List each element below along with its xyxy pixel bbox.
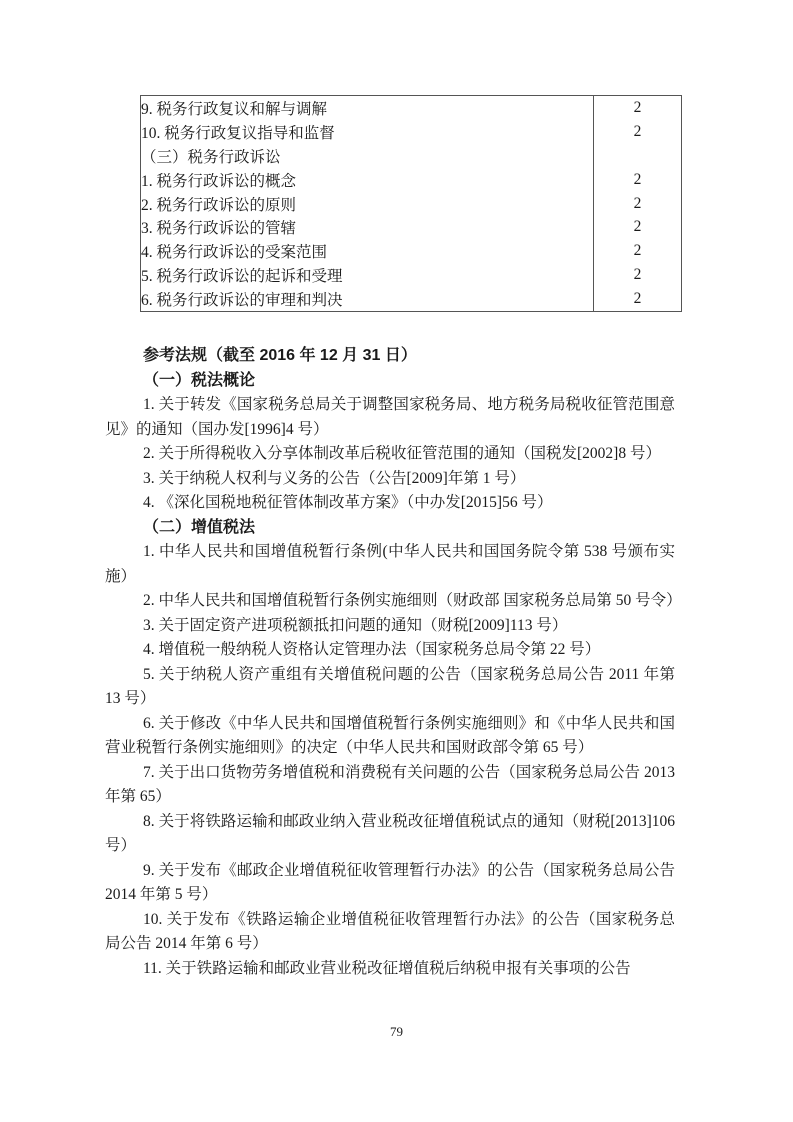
topic-cell: 10. 税务行政复议指导和监督 bbox=[141, 120, 594, 144]
table-row: 1. 税务行政诉讼的概念 2 bbox=[141, 168, 682, 192]
topic-cell: 3. 税务行政诉讼的管辖 bbox=[141, 215, 594, 239]
syllabus-table-body: 9. 税务行政复议和解与调解 2 10. 税务行政复议指导和监督 2 （三）税务… bbox=[141, 96, 682, 312]
hours-cell: 2 bbox=[594, 120, 682, 144]
topic-cell: 2. 税务行政诉讼的原则 bbox=[141, 192, 594, 216]
table-row: 5. 税务行政诉讼的起诉和受理 2 bbox=[141, 263, 682, 287]
table-row: 2. 税务行政诉讼的原则 2 bbox=[141, 192, 682, 216]
regulation-item: 9. 关于发布《邮政企业增值税征收管理暂行办法》的公告（国家税务总局公告 201… bbox=[105, 859, 675, 908]
table-row: 3. 税务行政诉讼的管辖 2 bbox=[141, 215, 682, 239]
hours-cell: 2 bbox=[594, 192, 682, 216]
topic-cell: 5. 税务行政诉讼的起诉和受理 bbox=[141, 263, 594, 287]
document-page: 9. 税务行政复议和解与调解 2 10. 税务行政复议指导和监督 2 （三）税务… bbox=[0, 0, 793, 1122]
table-row: 4. 税务行政诉讼的受案范围 2 bbox=[141, 239, 682, 263]
topic-cell: 1. 税务行政诉讼的概念 bbox=[141, 168, 594, 192]
hours-cell: 2 bbox=[594, 96, 682, 120]
regulation-item: 6. 关于修改《中华人民共和国增值税暂行条例实施细则》和《中华人民共和国营业税暂… bbox=[105, 712, 675, 761]
regulation-item: 1. 中华人民共和国增值税暂行条例(中华人民共和国国务院令第 538 号颁布实施… bbox=[105, 540, 675, 589]
regulation-item: 3. 关于固定资产进项税额抵扣问题的通知（财税[2009]113 号） bbox=[105, 614, 675, 639]
topic-cell: 9. 税务行政复议和解与调解 bbox=[141, 96, 594, 120]
regulation-item: 1. 关于转发《国家税务总局关于调整国家税务局、地方税务局税收征管范围意见》的通… bbox=[105, 393, 675, 442]
section-heading-vat-law: （二）增值税法 bbox=[105, 516, 675, 541]
section-1-items: 1. 关于转发《国家税务总局关于调整国家税务局、地方税务局税收征管范围意见》的通… bbox=[105, 393, 675, 516]
regulation-item: 7. 关于出口货物劳务增值税和消费税有关问题的公告（国家税务总局公告 2013 … bbox=[105, 761, 675, 810]
hours-cell: 2 bbox=[594, 215, 682, 239]
regulation-item: 3. 关于纳税人权利与义务的公告（公告[2009]年第 1 号） bbox=[105, 467, 675, 492]
syllabus-table: 9. 税务行政复议和解与调解 2 10. 税务行政复议指导和监督 2 （三）税务… bbox=[140, 95, 682, 312]
hours-cell: 2 bbox=[594, 287, 682, 311]
reference-title: 参考法规（截至 2016 年 12 月 31 日） bbox=[105, 344, 675, 369]
regulation-item: 11. 关于铁路运输和邮政业营业税改征增值税后纳税申报有关事项的公告 bbox=[105, 957, 675, 982]
hours-cell: 2 bbox=[594, 263, 682, 287]
regulation-item: 8. 关于将铁路运输和邮政业纳入营业税改征增值税试点的通知（财税[2013]10… bbox=[105, 810, 675, 859]
hours-cell bbox=[594, 144, 682, 168]
page-number: 79 bbox=[0, 1024, 793, 1040]
topic-cell: （三）税务行政诉讼 bbox=[141, 144, 594, 168]
table-row: 6. 税务行政诉讼的审理和判决 2 bbox=[141, 287, 682, 311]
topic-cell: 4. 税务行政诉讼的受案范围 bbox=[141, 239, 594, 263]
hours-cell: 2 bbox=[594, 168, 682, 192]
table-row: （三）税务行政诉讼 bbox=[141, 144, 682, 168]
regulation-item: 2. 中华人民共和国增值税暂行条例实施细则（财政部 国家税务总局第 50 号令） bbox=[105, 589, 675, 614]
regulation-item: 10. 关于发布《铁路运输企业增值税征收管理暂行办法》的公告（国家税务总局公告 … bbox=[105, 908, 675, 957]
hours-cell: 2 bbox=[594, 239, 682, 263]
page-content: 9. 税务行政复议和解与调解 2 10. 税务行政复议指导和监督 2 （三）税务… bbox=[105, 95, 675, 981]
table-row: 9. 税务行政复议和解与调解 2 bbox=[141, 96, 682, 120]
regulation-item: 5. 关于纳税人资产重组有关增值税问题的公告（国家税务总局公告 2011 年第 … bbox=[105, 663, 675, 712]
topic-cell: 6. 税务行政诉讼的审理和判决 bbox=[141, 287, 594, 311]
section-2-items: 1. 中华人民共和国增值税暂行条例(中华人民共和国国务院令第 538 号颁布实施… bbox=[105, 540, 675, 981]
table-row: 10. 税务行政复议指导和监督 2 bbox=[141, 120, 682, 144]
section-heading-tax-law-intro: （一）税法概论 bbox=[105, 369, 675, 394]
regulation-item: 2. 关于所得税收入分享体制改革后税收征管范围的通知（国税发[2002]8 号） bbox=[105, 442, 675, 467]
regulation-item: 4. 增值税一般纳税人资格认定管理办法（国家税务总局令第 22 号） bbox=[105, 638, 675, 663]
regulation-item: 4. 《深化国税地税征管体制改革方案》（中办发[2015]56 号） bbox=[105, 491, 675, 516]
